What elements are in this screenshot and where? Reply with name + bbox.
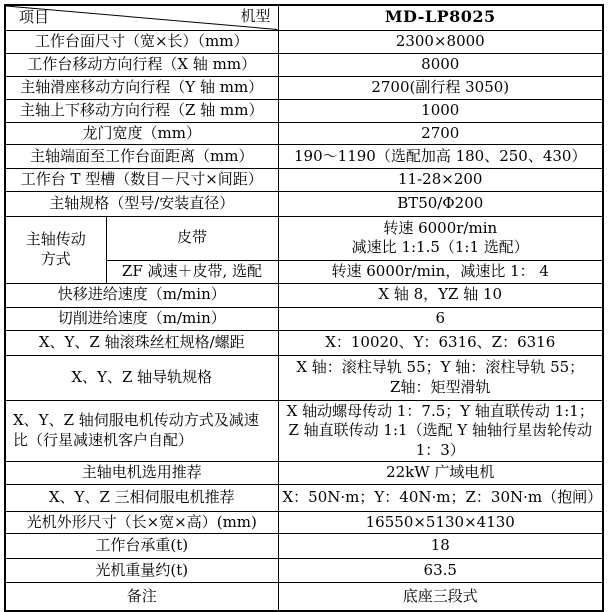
belt-value-line2: 减速比 1:1.5（1:1 选配） bbox=[283, 238, 599, 258]
spec-label: 工作台移动方向行程（X 轴 mm） bbox=[5, 53, 278, 76]
spec-label: 主轴电机选用推荐 bbox=[5, 462, 278, 485]
belt-value: 转速 6000r/min 减速比 1:1.5（1:1 选配） bbox=[278, 216, 603, 260]
spec-row: 主轴滑座移动方向行程（Y 轴 mm） 2700(副行程 3050) bbox=[5, 76, 603, 99]
zf-value: 转速 6000r/min，减速比 1： 4 bbox=[278, 260, 603, 283]
spec-row: X、Y、Z 轴滚珠丝杠规格/螺距 X：10020、Y：6316、Z：6316 bbox=[5, 330, 603, 355]
spec-label: 切削进给速度（m/min） bbox=[5, 307, 278, 330]
spec-label: 备注 bbox=[5, 583, 278, 611]
spec-value: 18 bbox=[278, 534, 603, 559]
spec-value: 2300×8000 bbox=[278, 30, 603, 53]
header-model-label: 机型 bbox=[240, 7, 270, 27]
spec-value: X 轴：滚柱导轨 55；Y 轴：滚柱导轨 55； Z轴：矩型滑轨 bbox=[278, 355, 603, 400]
spec-label: 龙门宽度（mm） bbox=[5, 122, 278, 145]
spec-row: 龙门宽度（mm） 2700 bbox=[5, 122, 603, 145]
spec-label: X、Y、Z 轴导轨规格 bbox=[5, 355, 278, 400]
model-value: MD-LP8025 bbox=[278, 5, 603, 30]
belt-label: 皮带 bbox=[106, 216, 278, 260]
spec-label: 光机重量约(t) bbox=[5, 559, 278, 583]
spec-label: 主轴规格（型号/安装直径） bbox=[5, 191, 278, 216]
spec-label: 主轴端面至工作台面距离（mm） bbox=[5, 145, 278, 169]
spec-row: 备注 底座三段式 bbox=[5, 583, 603, 611]
spec-row: 光机外形尺寸（长×宽×高）(mm) 16550×5130×4130 bbox=[5, 511, 603, 534]
spec-label: 工作台承重(t) bbox=[5, 534, 278, 559]
spec-row: 主轴端面至工作台面距离（mm） 190～1190（选配加高 180、250、43… bbox=[5, 145, 603, 169]
spec-row: 光机重量约(t) 63.5 bbox=[5, 559, 603, 583]
spec-value: 16550×5130×4130 bbox=[278, 511, 603, 534]
spec-table: 项目 机型 MD-LP8025 工作台面尺寸（宽×长）（mm） 2300×800… bbox=[4, 4, 604, 612]
spec-label: X、Y、Z 三相伺服电机推荐 bbox=[5, 484, 278, 511]
spec-row: X、Y、Z 三相伺服电机推荐 X：50N·m；Y：40N·m；Z：30N·m（抱… bbox=[5, 484, 603, 511]
spec-value: 6 bbox=[278, 307, 603, 330]
spec-value: 11-28×200 bbox=[278, 169, 603, 192]
spec-value: 63.5 bbox=[278, 559, 603, 583]
spec-value: X 轴动螺母传动 1：7.5；Y 轴直联传动 1:1；Z 轴直联传动 1:1（选… bbox=[278, 400, 603, 462]
spec-value: 底座三段式 bbox=[278, 583, 603, 611]
spec-label: X、Y、Z 轴伺服电机传动方式及减速比（行星减速机客户自配） bbox=[5, 400, 278, 462]
spec-row: X、Y、Z 轴伺服电机传动方式及减速比（行星减速机客户自配） X 轴动螺母传动 … bbox=[5, 400, 603, 462]
spec-row: X、Y、Z 轴导轨规格 X 轴：滚柱导轨 55；Y 轴：滚柱导轨 55； Z轴：… bbox=[5, 355, 603, 400]
spec-label: X、Y、Z 轴滚珠丝杠规格/螺距 bbox=[5, 330, 278, 355]
guide-rail-line2: Z轴：矩型滑轨 bbox=[283, 378, 599, 398]
spec-label: 工作台 T 型槽（数目－尺寸×间距） bbox=[5, 169, 278, 192]
spec-row: 工作台面尺寸（宽×长）（mm） 2300×8000 bbox=[5, 30, 603, 53]
spec-label: 光机外形尺寸（长×宽×高）(mm) bbox=[5, 511, 278, 534]
spec-label: 主轴上下移动方向行程（Z 轴 mm） bbox=[5, 99, 278, 122]
spec-row: 快移进给速度（m/min） X 轴 8，YZ 轴 10 bbox=[5, 283, 603, 307]
spec-label: 快移进给速度（m/min） bbox=[5, 283, 278, 307]
spec-row: 主轴上下移动方向行程（Z 轴 mm） 1000 bbox=[5, 99, 603, 122]
transmission-group-line2: 方式 bbox=[10, 250, 102, 270]
guide-rail-line1: X 轴：滚柱导轨 55；Y 轴：滚柱导轨 55； bbox=[283, 358, 599, 378]
spec-value: 2700 bbox=[278, 122, 603, 145]
spec-value: 22kW 广域电机 bbox=[278, 462, 603, 485]
header-row: 项目 机型 MD-LP8025 bbox=[5, 5, 603, 30]
spec-row: 工作台移动方向行程（X 轴 mm） 8000 bbox=[5, 53, 603, 76]
spec-value: X：50N·m；Y：40N·m；Z：30N·m（抱闸） bbox=[278, 484, 603, 511]
spec-value: 1000 bbox=[278, 99, 603, 122]
transmission-group-line1: 主轴传动 bbox=[10, 230, 102, 250]
spec-label: 主轴滑座移动方向行程（Y 轴 mm） bbox=[5, 76, 278, 99]
spec-row: 工作台 T 型槽（数目－尺寸×间距） 11-28×200 bbox=[5, 169, 603, 192]
transmission-group-label: 主轴传动 方式 bbox=[5, 216, 106, 283]
diagonal-header-cell: 项目 机型 bbox=[5, 5, 278, 30]
spec-value: BT50/Φ200 bbox=[278, 191, 603, 216]
spec-row: 工作台承重(t) 18 bbox=[5, 534, 603, 559]
spec-value: X：10020、Y：6316、Z：6316 bbox=[278, 330, 603, 355]
spec-row: 切削进给速度（m/min） 6 bbox=[5, 307, 603, 330]
transmission-belt-row: 主轴传动 方式 皮带 转速 6000r/min 减速比 1:1.5（1:1 选配… bbox=[5, 216, 603, 260]
spec-value: 2700(副行程 3050) bbox=[278, 76, 603, 99]
belt-value-line1: 转速 6000r/min bbox=[283, 219, 599, 239]
spec-value: X 轴 8，YZ 轴 10 bbox=[278, 283, 603, 307]
spec-row: 主轴电机选用推荐 22kW 广域电机 bbox=[5, 462, 603, 485]
spec-value: 190～1190（选配加高 180、250、430） bbox=[278, 145, 603, 169]
header-item-label: 项目 bbox=[19, 8, 49, 28]
zf-label: ZF 减速＋皮带, 选配 bbox=[106, 260, 278, 283]
spec-row: 主轴规格（型号/安装直径） BT50/Φ200 bbox=[5, 191, 603, 216]
spec-label: 工作台面尺寸（宽×长）（mm） bbox=[5, 30, 278, 53]
spec-value: 8000 bbox=[278, 53, 603, 76]
